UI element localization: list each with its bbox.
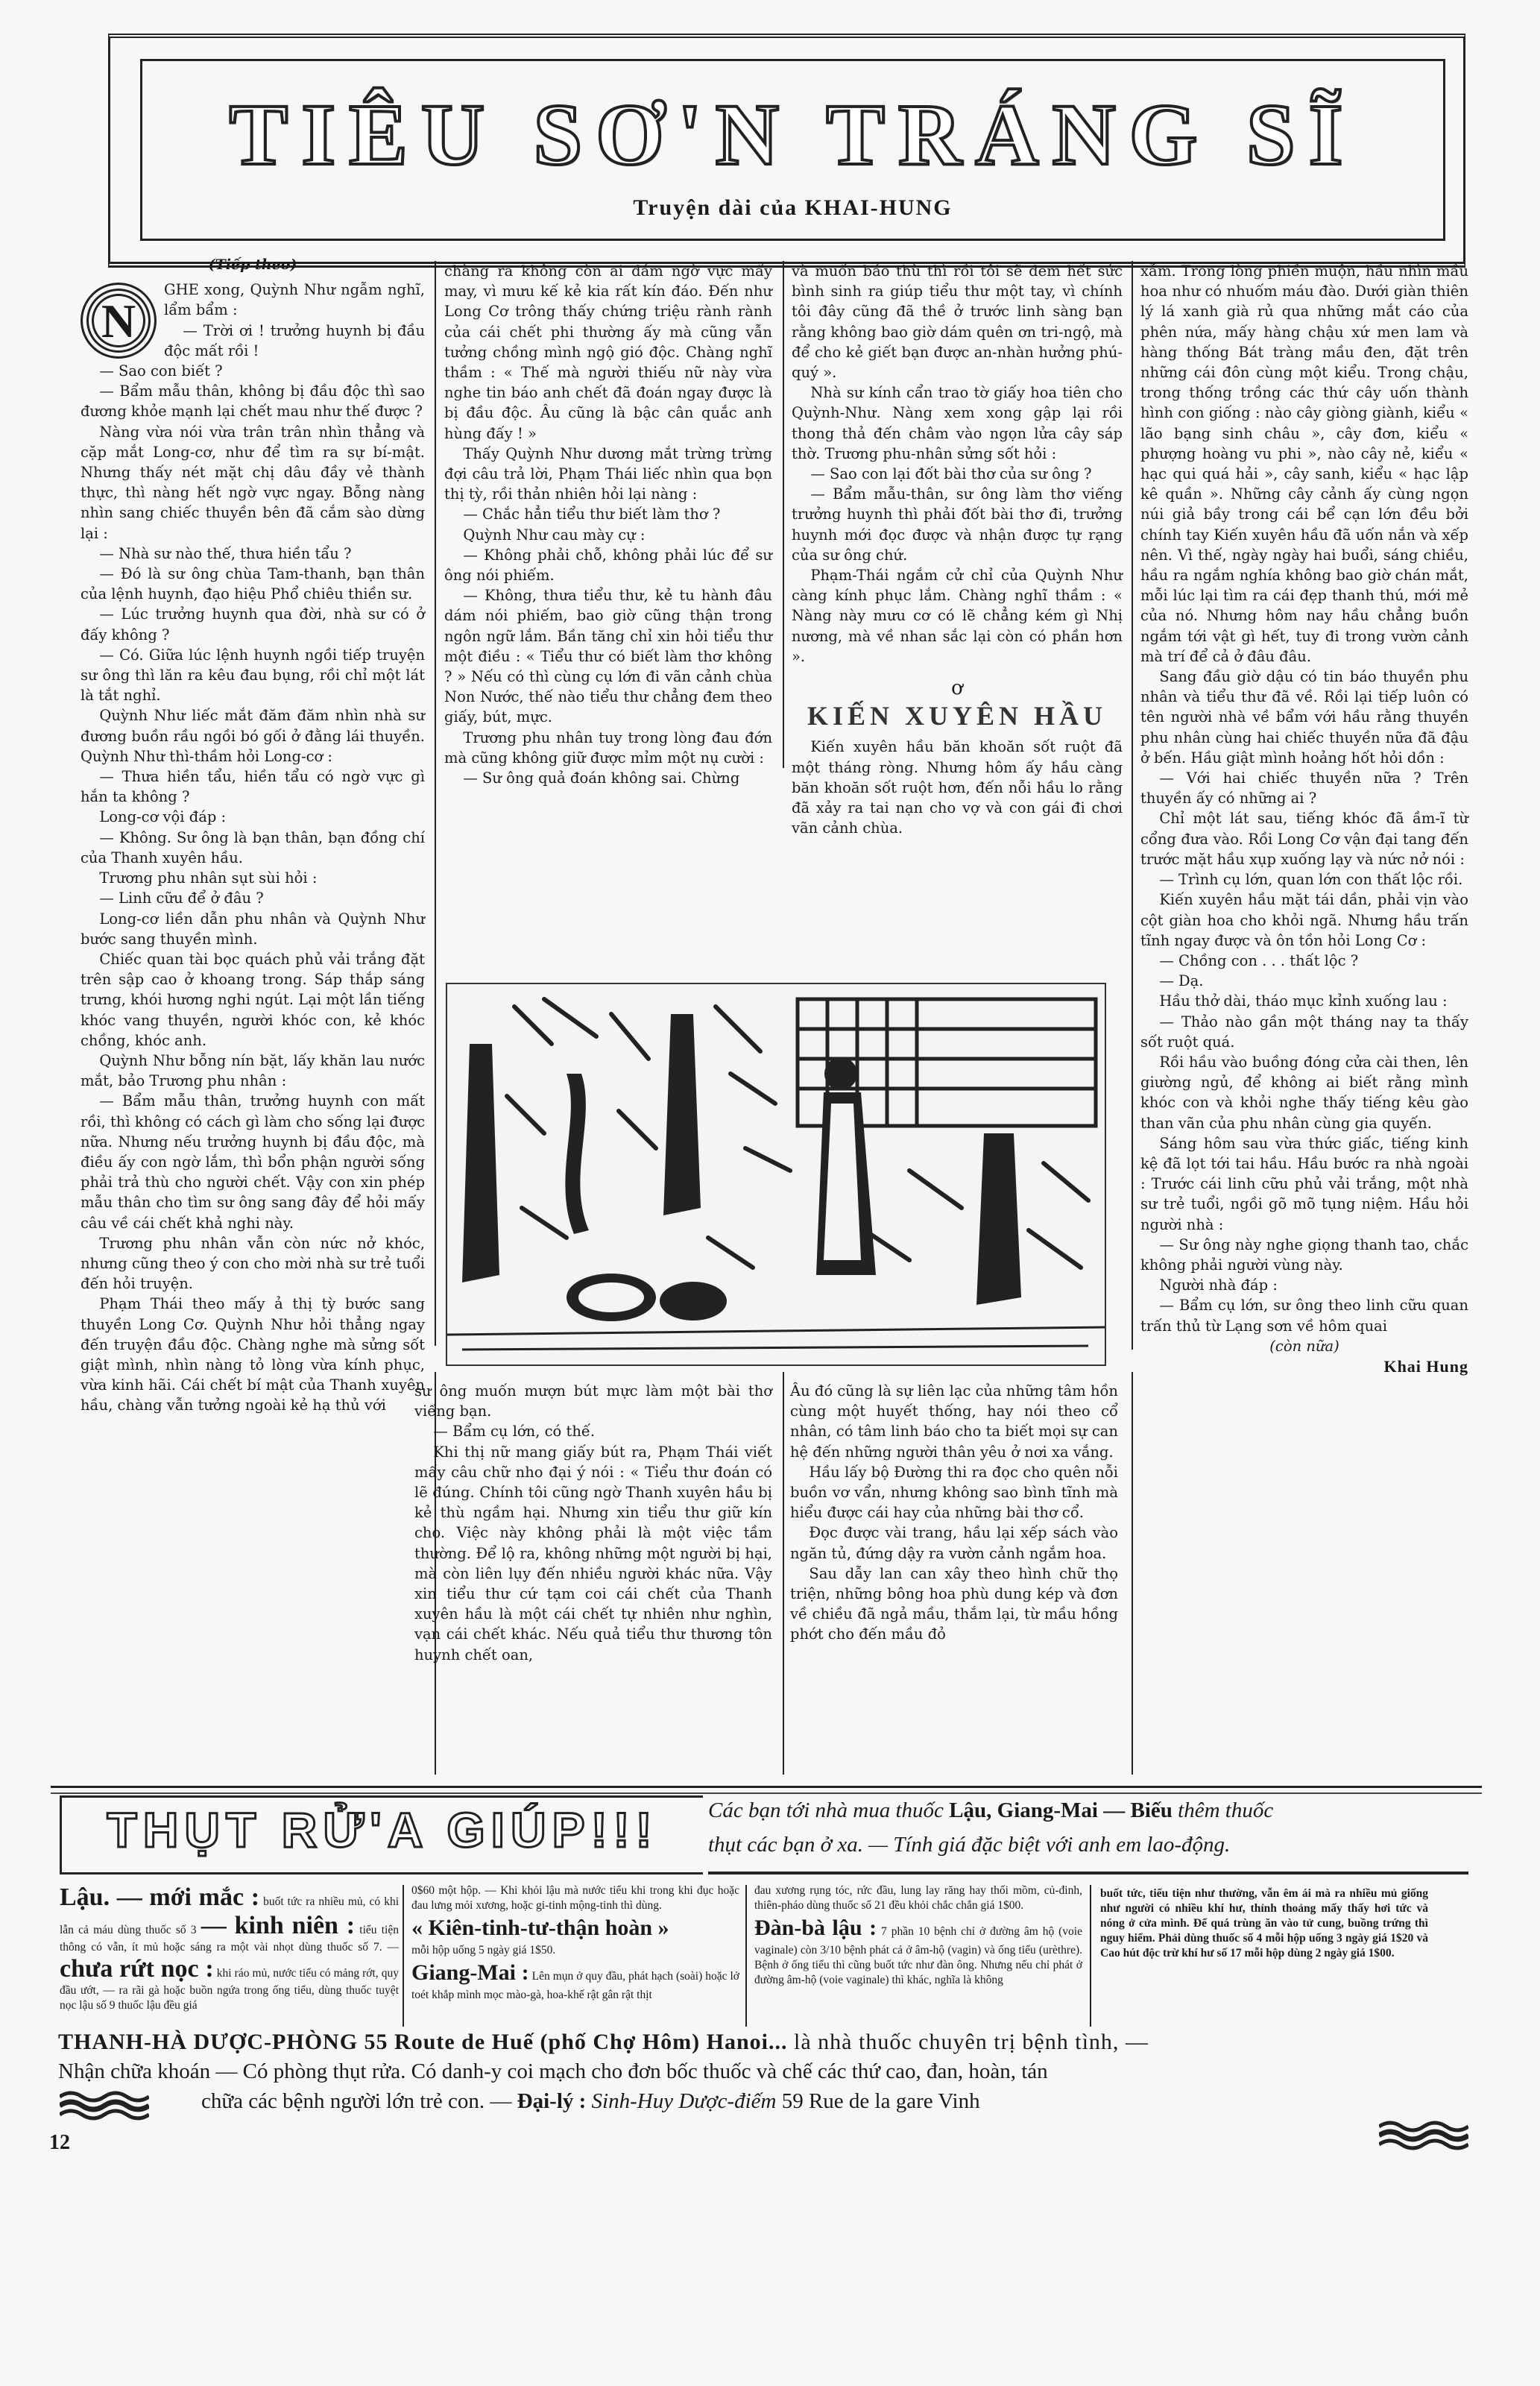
agent-name: Sinh-Huy Dược-điếm (586, 2089, 776, 2113)
paragraph: xẫm. Trong lòng phiền muộn, hầu nhìn mầu… (1140, 261, 1468, 667)
paragraph: — Thảo nào gần một tháng nay ta thấy sốt… (1140, 1012, 1468, 1052)
newspaper-page: TIÊU SƠ'N TRÁNG SĨ Truyện dài của KHAI-H… (0, 0, 1540, 2386)
column-divider (1132, 261, 1133, 1350)
continued-next-label: (còn nữa) (1140, 1336, 1468, 1356)
shop-services-text: chữa các bệnh người lớn trẻ con. — (201, 2089, 517, 2113)
ad-tagline-rule (708, 1872, 1468, 1875)
paragraph: — Sao con lại đốt bài thơ của sư ông ? (792, 464, 1123, 484)
ad-tagline-text: Các bạn tới nhà mua thuốc (708, 1798, 949, 1822)
shop-description: là nhà thuốc chuyên trị bệnh tình, — (788, 2030, 1149, 2054)
ad-tagline: Các bạn tới nhà mua thuốc Lậu, Giang-Mai… (708, 1793, 1468, 1862)
shop-agent-line: chữa các bệnh người lớn trẻ con. — Đại-l… (201, 2089, 1468, 2114)
wave-ornament-icon (60, 2089, 149, 2122)
ad-text: buốt tức, tiểu tiện như thường, vẫn êm á… (1100, 1887, 1428, 1960)
paragraph: Quỳnh Như liếc mắt đăm đăm nhìn nhà sư đ… (81, 705, 425, 767)
column-divider (1132, 1372, 1133, 1775)
paragraph: Nhà sư kính cẩn trao tờ giấy hoa tiên ch… (792, 383, 1123, 464)
paragraph: — Với hai chiếc thuyền nữa ? Trên thuyền… (1140, 768, 1468, 808)
paragraph: Trương phu nhân sụt sùi hỏi : (81, 868, 425, 888)
paragraph: Phạm Thái theo mấy ả thị tỳ bước sang th… (81, 1294, 425, 1415)
continued-label: (Tiếp theo) (81, 255, 425, 275)
page-number: 12 (49, 2131, 70, 2155)
paragraph: Chỉ một lát sau, tiếng khóc đã ầm-ĩ từ c… (1140, 808, 1468, 869)
paragraph: chàng ra không còn ai dám ngờ vực mẩy ma… (444, 261, 772, 444)
paragraph: Thấy Quỳnh Như dương mắt trừng trừng đợi… (444, 444, 772, 505)
ad-heading-chua-rut-noc: chưa rứt nọc : (60, 1955, 214, 1983)
paragraph: Quỳnh Như cau mày cự : (444, 525, 772, 545)
paragraph: — Sao con biết ? (81, 361, 425, 381)
paragraph: — Linh cữu để ở đâu ? (81, 888, 425, 908)
paragraph: Long-cơ vội đáp : (81, 807, 425, 827)
paragraph: Âu đó cũng là sự liên lạc của những tâm … (790, 1381, 1118, 1462)
paragraph: — Sư ông quả đoán không sai. Chừng (444, 768, 772, 788)
paragraph: Sang đầu giờ dậu có tin báo thuyền phu n… (1140, 667, 1468, 768)
paragraph: Quỳnh Như bỗng nín bặt, lấy khăn lau nướ… (81, 1051, 425, 1091)
garden-scene-illustration-icon (447, 984, 1105, 1364)
paragraph: — Có. Giữa lúc lệnh huynh ngồi tiếp truy… (81, 645, 425, 706)
article-column-2-bottom: sư ông muốn mượn bút mực làm một bài thơ… (414, 1381, 772, 1665)
paragraph: Người nhà đáp : (1140, 1275, 1468, 1295)
article-column-4: xẫm. Trong lòng phiền muộn, hầu nhìn mầu… (1140, 261, 1468, 1376)
ad-tagline-text: thêm thuốc (1173, 1798, 1273, 1822)
paragraph: — Không. Sư ông là bạn thân, bạn đồng ch… (81, 828, 425, 868)
paragraph: Trương phu nhân tuy trong lòng đau đớn m… (444, 728, 772, 768)
ad-column-1: Lậu. — mới mắc : buốt tức ra nhiều mủ, c… (60, 1883, 399, 2013)
ad-text: 0$60 một hộp. — Khi khỏi lậu mà nước tiể… (411, 1884, 739, 1912)
paragraph: Phạm-Thái ngắm cử chỉ của Quỳnh Như càng… (792, 565, 1123, 667)
ad-banner-title: THỤT RỬ'A GIÚP!!! (62, 1805, 703, 1854)
paragraph: — Bẩm mẫu thân, không bị đầu độc thì sao… (81, 381, 425, 421)
paragraph: — Bẩm cụ lớn, có thế. (414, 1421, 772, 1441)
article-column-3-top: và muốn báo thù thì rồi tôi sẽ đem hết s… (792, 261, 1123, 838)
paragraph: — Lúc trưởng huynh qua đời, nhà sư có ở … (81, 604, 425, 644)
ad-heading-kinh-nien: — kinh niên : (201, 1912, 355, 1939)
ad-text: đau xương rụng tóc, rức đầu, lung lay ră… (754, 1884, 1082, 1912)
paragraph: — Đó là sư ông chùa Tam-thanh, bạn thân … (81, 564, 425, 604)
ad-column-4: buốt tức, tiểu tiện như thường, vẫn êm á… (1100, 1886, 1428, 1961)
ad-column-divider (1090, 1885, 1091, 2027)
paragraph: — Không phải chỗ, không phải lúc để sư ô… (444, 545, 772, 585)
ad-heading-lau: Lậu. — mới mắc : (60, 1883, 259, 1911)
paragraph: Trương phu nhân vẫn còn nức nở khóc, như… (81, 1233, 425, 1294)
ad-tagline-text: thụt các bạn ở xa. — Tính giá đặc biệt v… (708, 1833, 1230, 1857)
paragraph: Nàng vừa nói vừa trân trân nhìn thẳng và… (81, 422, 425, 544)
ad-banner: THỤT RỬ'A GIÚP!!! (60, 1795, 703, 1875)
section-heading: KIẾN XUYÊN HẦU (792, 706, 1123, 726)
story-title: TIÊU SƠ'N TRÁNG SĨ (142, 91, 1443, 179)
shop-address: 55 Route de Huế (phố Chợ Hôm) Hanoi... (365, 2030, 788, 2054)
paragraph: — Sư ông này nghe giọng thanh tao, chắc … (1140, 1235, 1468, 1275)
article-column-3-bottom: Âu đó cũng là sự liên lạc của những tâm … (790, 1381, 1118, 1645)
agent-address: 59 Rue de la gare Vinh (776, 2089, 979, 2113)
paragraph: — Nhà sư nào thế, thưa hiền tẩu ? (81, 544, 425, 564)
paragraph: Sau dẫy lan can xây theo hình chữ thọ tr… (790, 1564, 1118, 1645)
ad-heading-dan-ba-lau: Đàn-bà lậu : (754, 1916, 877, 1940)
paragraph: Kiến xuyên hầu băn khoăn sốt ruột đã một… (792, 737, 1123, 838)
shop-name-line: THANH-HÀ DƯỢC-PHÒNG 55 Route de Huế (phố… (58, 2030, 1149, 2055)
section-ornament: ơ (792, 679, 1123, 699)
paragraph: — Bẩm mẫu thân, trưởng huynh con mất rồi… (81, 1091, 425, 1233)
paragraph: Kiến xuyên hầu mặt tái dần, phải vịn vào… (1140, 890, 1468, 951)
paragraph: và muốn báo thù thì rồi tôi sẽ đem hết s… (792, 261, 1123, 383)
paragraph: — Trình cụ lớn, quan lớn con thất lộc rồ… (1140, 869, 1468, 890)
paragraph: — Bẩm cụ lớn, sư ông theo linh cữu quan … (1140, 1295, 1468, 1335)
paragraph: — Bẩm mẫu-thân, sư ông làm thơ viếng trư… (792, 484, 1123, 565)
paragraph: — Không, thưa tiểu thư, kẻ tu hành đâu d… (444, 585, 772, 727)
ad-column-divider (403, 1885, 404, 2027)
ad-product-name: « Kiên-tinh-tư-thận hoàn » (411, 1916, 669, 1940)
paragraph: Long-cơ liền dẫn phu nhân và Quỳnh Như b… (81, 909, 425, 949)
ad-heading-giang-mai: Giang-Mai : (411, 1960, 529, 1985)
woodcut-illustration (446, 983, 1106, 1366)
paragraph: — Chắc hẳn tiểu thư biết làm thơ ? (444, 504, 772, 524)
paragraph: — Chồng con . . . thất lộc ? (1140, 951, 1468, 971)
column-divider (783, 1372, 784, 1775)
paragraph: Rồi hầu vào buồng đóng cửa cài then, lên… (1140, 1052, 1468, 1133)
agent-label: Đại-lý : (517, 2089, 587, 2113)
paragraph: Chiếc quan tài bọc quách phủ vải trắng đ… (81, 949, 425, 1051)
ad-column-2: 0$60 một hộp. — Khi khỏi lậu mà nước tiể… (411, 1883, 739, 2003)
paragraph: Hầu thở dài, tháo mục kỉnh xuống lau : (1140, 991, 1468, 1011)
paragraph: Khi thị nữ mang giấy bút ra, Phạm Thái v… (414, 1442, 772, 1665)
paragraph: Đọc được vài trang, hầu lại xếp sách vào… (790, 1523, 1118, 1563)
wave-ornament-icon (1379, 2119, 1468, 2152)
paragraph: Hầu lấy bộ Đường thi ra đọc cho quên nỗi… (790, 1462, 1118, 1523)
paragraph: Sáng hôm sau vừa thức giấc, tiếng kinh k… (1140, 1133, 1468, 1235)
column-divider (435, 261, 436, 1346)
shop-services-line: Nhận chữa khoán — Có phòng thụt rửa. Có … (58, 2059, 1474, 2084)
story-byline: Truyện dài của KHAI-HUNG (142, 195, 1443, 221)
paragraph: sư ông muốn mượn bút mực làm một bài thơ… (414, 1381, 772, 1421)
column-divider (783, 261, 784, 768)
masthead: TIÊU SƠ'N TRÁNG SĨ Truyện dài của KHAI-H… (108, 34, 1465, 268)
article-column-2-top: chàng ra không còn ai dám ngờ vực mẩy ma… (444, 261, 772, 788)
paragraph: — Thưa hiền tẩu, hiền tẩu có ngờ vực gì … (81, 767, 425, 807)
ad-column-divider (745, 1885, 747, 2027)
article-column-1: (Tiếp theo) N GHE xong, Quỳnh Như ngẫm n… (81, 255, 425, 1416)
ad-text: mỗi hộp uống 5 ngày giá 1$50. (411, 1944, 555, 1957)
drop-cap: N (81, 283, 157, 359)
author-signoff: Khai Hung (1140, 1356, 1468, 1376)
ad-tagline-emphasis: Lậu, Giang-Mai — Biếu (949, 1798, 1173, 1822)
masthead-frame: TIÊU SƠ'N TRÁNG SĨ Truyện dài của KHAI-H… (140, 59, 1445, 241)
paragraph: — Dạ. (1140, 971, 1468, 991)
shop-name: THANH-HÀ DƯỢC-PHÒNG (58, 2030, 358, 2054)
ad-column-3: đau xương rụng tóc, rức đầu, lung lay ră… (754, 1883, 1082, 1988)
